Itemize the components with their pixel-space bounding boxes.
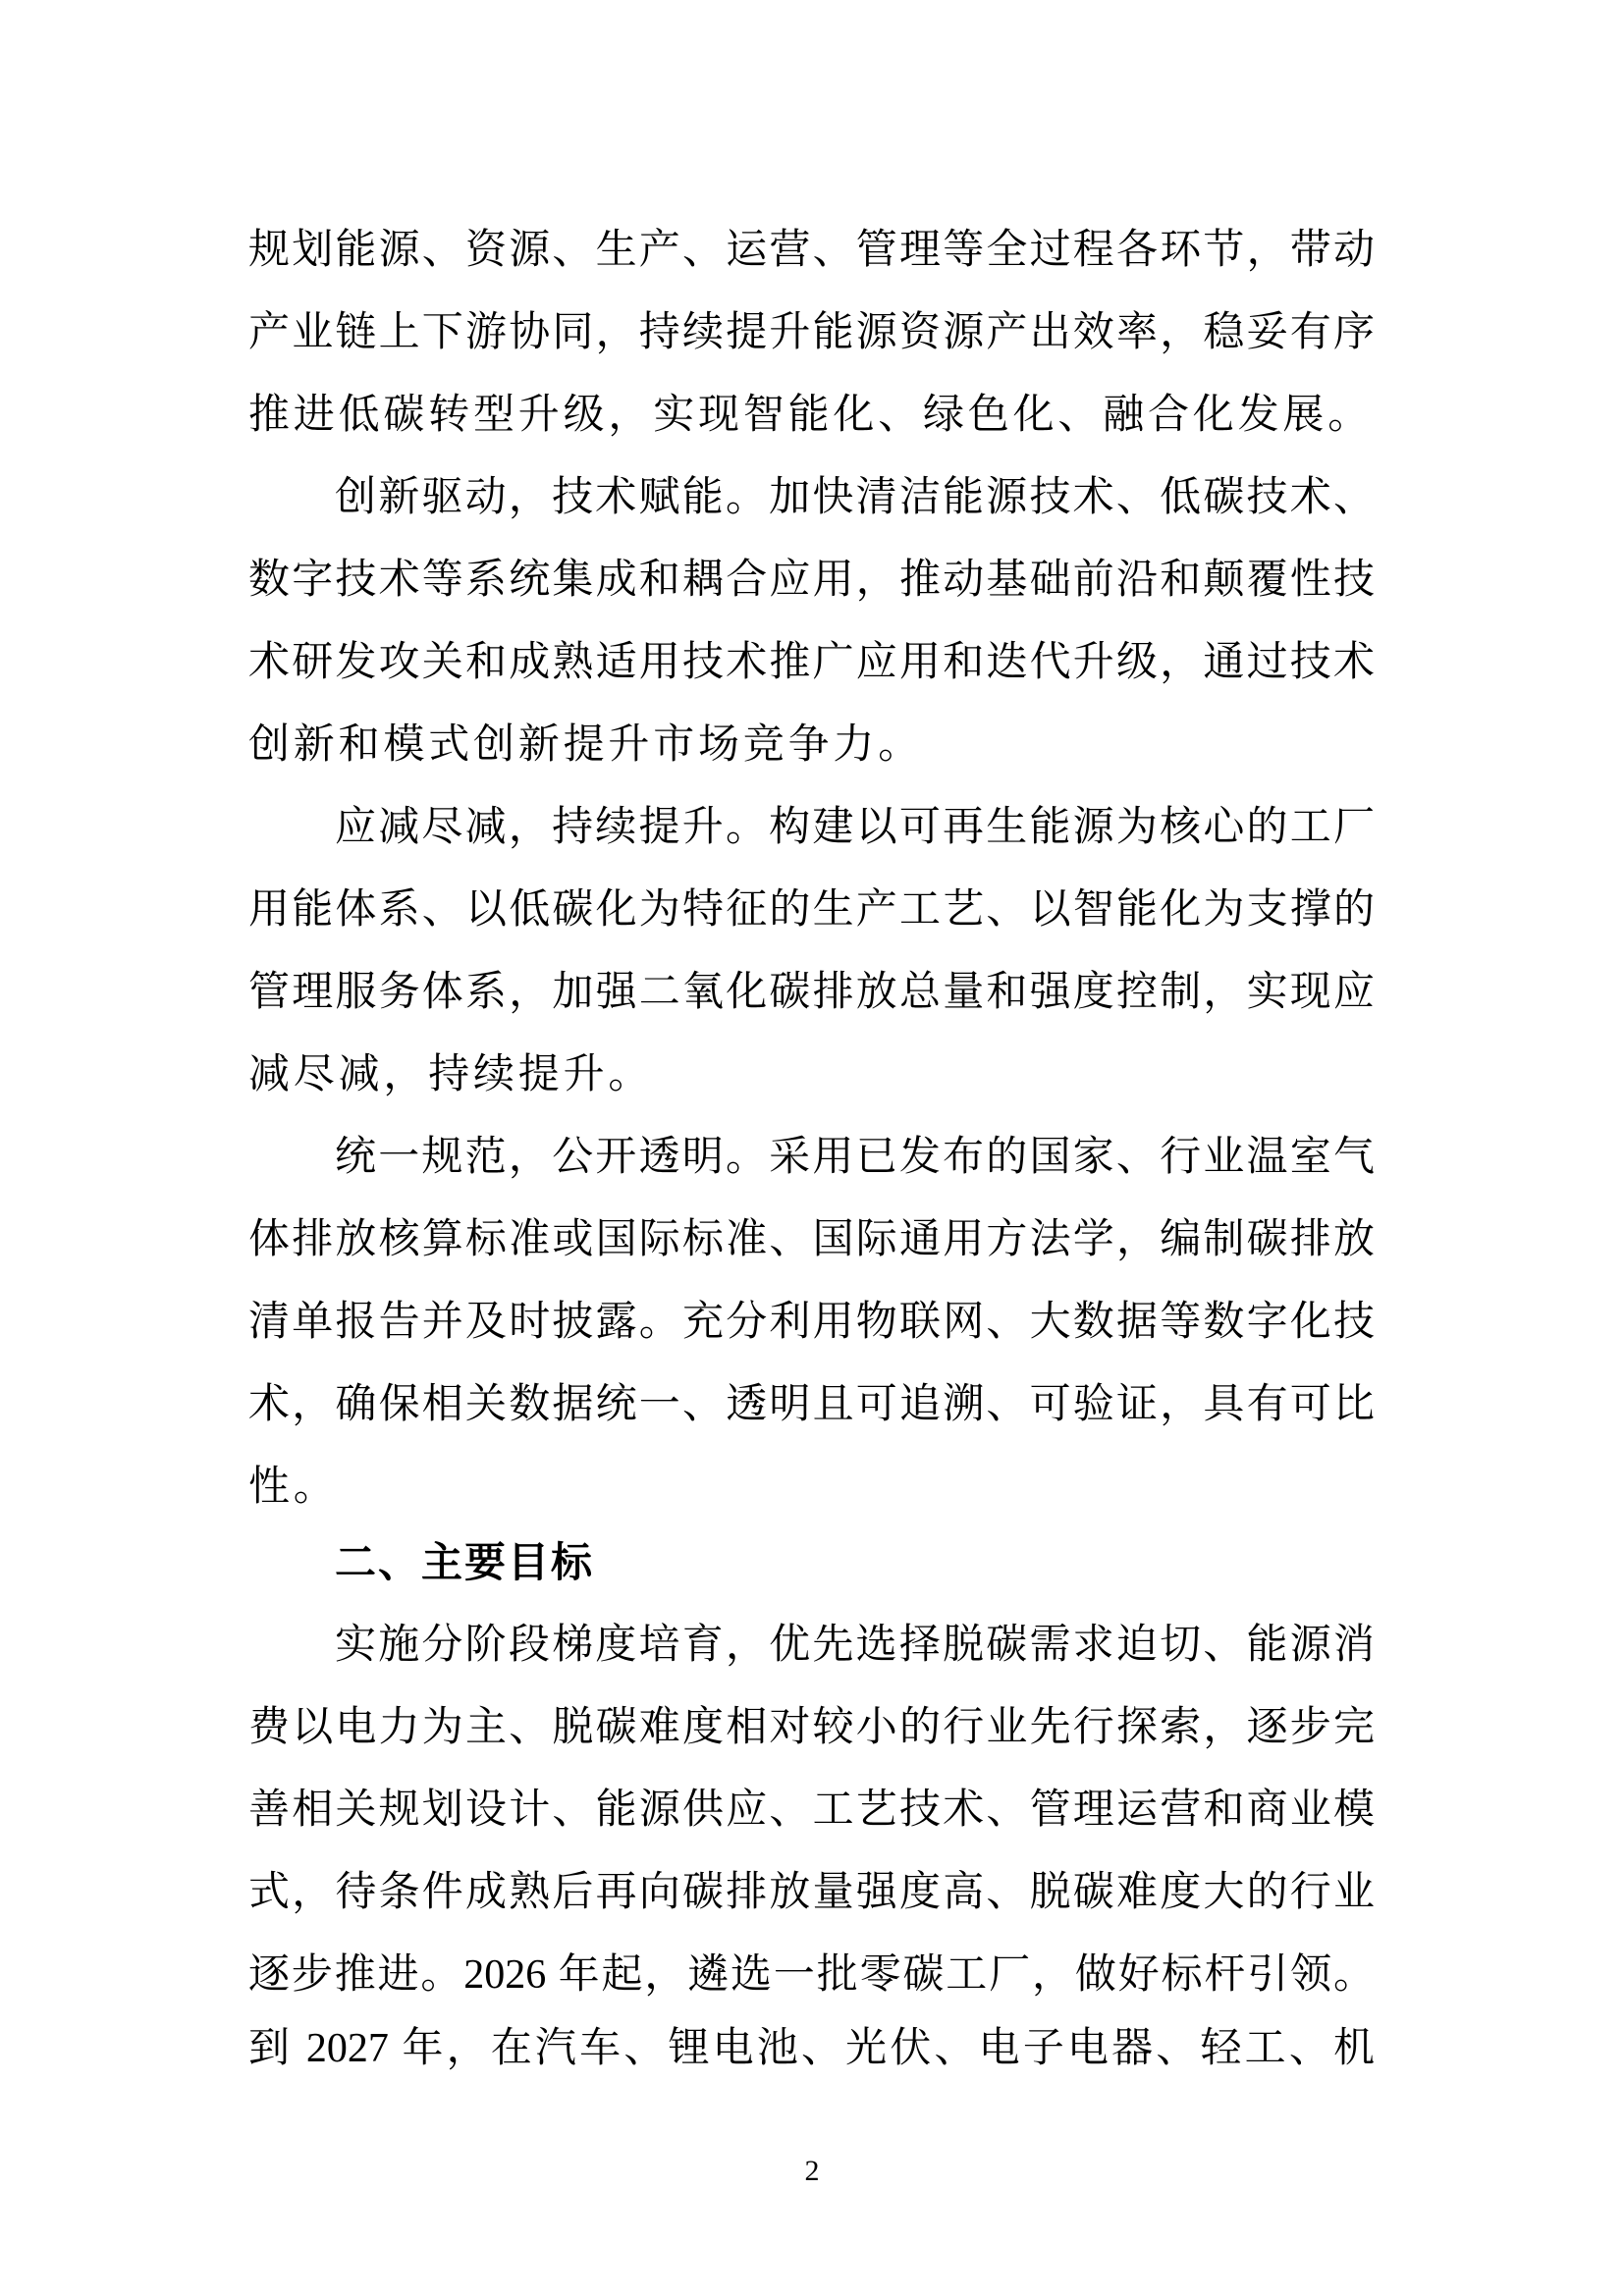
body-line: 式，待条件成熟后再向碳排放量强度高、脱碳难度大的行业	[248, 1851, 1375, 1934]
body-line: 术，确保相关数据统一、透明且可追溯、可验证，具有可比	[248, 1363, 1375, 1446]
paragraph-reduction-start: 应减尽减，持续提升。构建以可再生能源为核心的工厂	[248, 786, 1375, 869]
body-line: 产业链上下游协同，持续提升能源资源产出效率，稳妥有序	[248, 292, 1375, 374]
paragraph-standards-start: 统一规范，公开透明。采用已发布的国家、行业温室气	[248, 1116, 1375, 1199]
paragraph-innovation-start: 创新驱动，技术赋能。加快清洁能源技术、低碳技术、	[248, 456, 1375, 539]
body-line: 用能体系、以低碳化为特征的生产工艺、以智能化为支撑的	[248, 869, 1375, 951]
body-line: 性。	[248, 1446, 1375, 1528]
body-line: 数字技术等系统集成和耦合应用，推动基础前沿和颠覆性技	[248, 539, 1375, 621]
body-line: 管理服务体系，加强二氧化碳排放总量和强度控制，实现应	[248, 951, 1375, 1034]
paragraph-goals-start: 实施分阶段梯度培育，优先选择脱碳需求迫切、能源消	[248, 1604, 1375, 1686]
body-line: 创新和模式创新提升市场竞争力。	[248, 704, 1375, 786]
section-heading: 二、主要目标	[248, 1522, 1375, 1604]
body-line: 费以电力为主、脱碳难度相对较小的行业先行探索，逐步完	[248, 1686, 1375, 1769]
body-line: 术研发攻关和成熟适用技术推广应用和迭代升级，通过技术	[248, 621, 1375, 704]
body-line: 体排放核算标准或国际标准、国际通用方法学，编制碳排放	[248, 1199, 1375, 1281]
body-line: 规划能源、资源、生产、运营、管理等全过程各环节，带动	[248, 209, 1375, 292]
body-line: 减尽减，持续提升。	[248, 1034, 1375, 1116]
body-line: 到 2027 年，在汽车、锂电池、光伏、电子电器、轻工、机	[248, 2007, 1375, 2090]
body-line: 善相关规划设计、能源供应、工艺技术、管理运营和商业模	[248, 1769, 1375, 1851]
document-page: 规划能源、资源、生产、运营、管理等全过程各环节，带动 产业链上下游协同，持续提升…	[0, 0, 1624, 2296]
body-line: 逐步推进。2026 年起，遴选一批零碳工厂，做好标杆引领。	[248, 1934, 1375, 2016]
body-line: 清单报告并及时披露。充分利用物联网、大数据等数字化技	[248, 1281, 1375, 1363]
page-number: 2	[0, 2150, 1624, 2193]
body-line: 推进低碳转型升级，实现智能化、绿色化、融合化发展。	[248, 374, 1375, 456]
